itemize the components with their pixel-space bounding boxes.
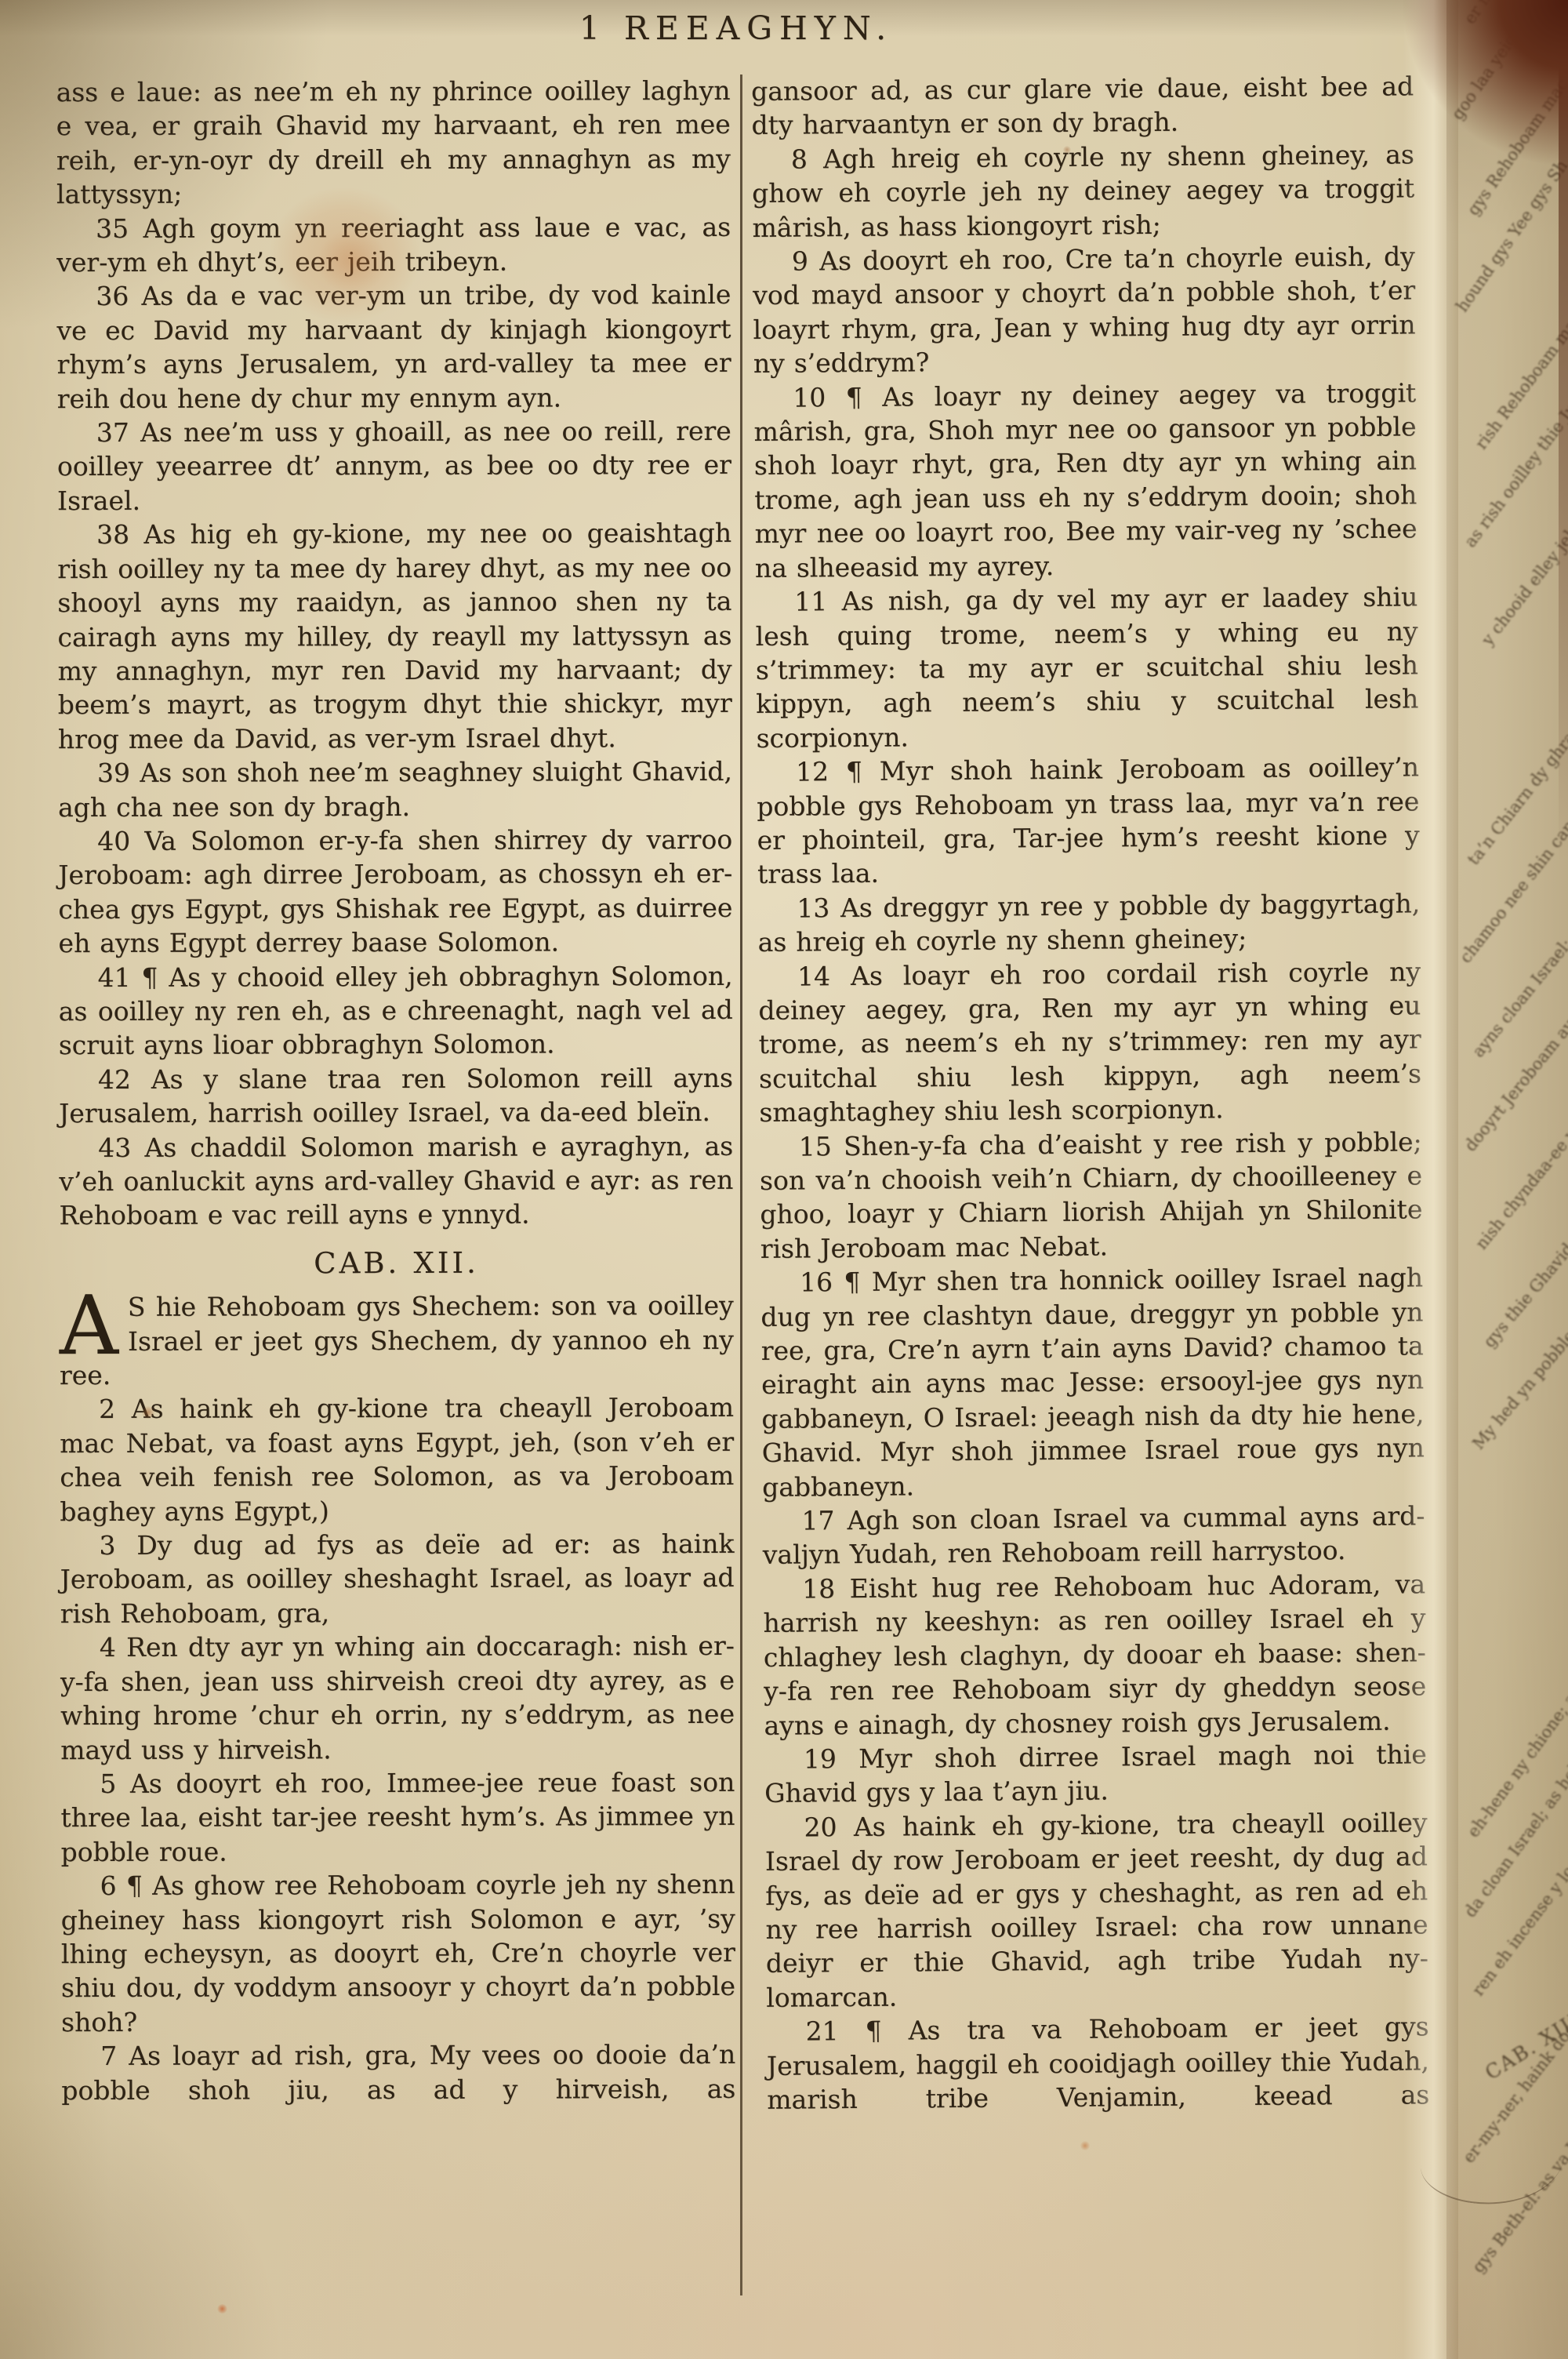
verse-paragraph: gansoor ad, as cur glare vie daue, eisht…	[751, 69, 1414, 142]
curled-page-text: hound gys Yee gys Sh	[1454, 158, 1568, 315]
chapter-opening-paragraph: AS hie Rehoboam gys Shechem: son va ooil…	[60, 1289, 734, 1392]
page-speck	[217, 2304, 227, 2314]
curled-page-text: eh-hene ny chione; as	[1465, 1684, 1568, 1841]
verse-paragraph: 40 Va Solomon er-y-fa shen shirrey dy va…	[58, 823, 732, 961]
page-title: 1 REEAGHYN.	[59, 9, 1414, 47]
column-left: ass e laue: as nee’m eh ny phrince ooill…	[56, 74, 736, 2107]
facing-page-curl: er n’yannoo ayns goo laa yeig jeh’n hogh…	[1446, 0, 1568, 2359]
verse-paragraph: 4 Ren dty ayr yn whing ain doccaragh: ni…	[60, 1629, 735, 1767]
column-divider-rule	[740, 75, 742, 2295]
verse-paragraph: 10 ¶ As loayr ny deiney aegey va troggit…	[753, 376, 1417, 585]
verse-paragraph: ass e laue: as nee’m eh ny phrince ooill…	[56, 74, 731, 212]
verse-paragraph: 2 As haink eh gy-kione tra cheayll Jerob…	[60, 1390, 734, 1528]
book-cover-corner	[1403, 0, 1568, 165]
verse-paragraph: 21 ¶ As tra va Rehoboam er jeet gys Jeru…	[766, 2009, 1429, 2117]
verse-paragraph: 6 ¶ As ghow ree Rehoboam coyrle jeh ny s…	[61, 1867, 736, 2039]
verse-paragraph: 38 As hig eh gy-kione, my nee oo geaisht…	[57, 516, 732, 756]
book-page-photo: 1 REEAGHYN. ass e laue: as nee’m eh ny p…	[0, 0, 1568, 2359]
verse-paragraph: 7 As loayr ad rish, gra, My vees oo dooi…	[61, 2037, 735, 2107]
verse-paragraph: 41 ¶ As y chooid elley jeh obbraghyn Sol…	[59, 958, 733, 1062]
verse-paragraph: 36 As da e vac ver-ym un tribe, dy vod k…	[56, 278, 731, 416]
verse-paragraph: 9 As dooyrt eh roo, Cre ta’n choyrle eui…	[753, 239, 1416, 380]
verse-paragraph: 8 Agh hreig eh coyrle ny shenn gheiney, …	[752, 137, 1415, 245]
verse-paragraph: 16 ¶ Myr shen tra honnick ooilley Israel…	[760, 1261, 1425, 1504]
chapter-opening-text: S hie Rehoboam gys Shechem: son va ooill…	[60, 1290, 734, 1390]
verse-paragraph: 37 As nee’m uss y ghoaill, as nee oo rei…	[57, 414, 731, 518]
verse-paragraph: 17 Agh son cloan Israel va cummal ayns a…	[762, 1499, 1425, 1572]
curled-page-text: My hed yn pobble shoh seose	[1470, 1254, 1568, 1452]
verse-paragraph: 11 As nish, ga dy vel my ayr er laadey s…	[755, 580, 1419, 755]
page-speck	[1080, 2141, 1090, 2150]
verse-paragraph: 19 Myr shoh dirree Israel magh noi thie …	[764, 1737, 1428, 1810]
book-fore-edge: er n’yannoo ayns goo laa yeig jeh’n hogh…	[1403, 0, 1568, 2359]
verse-paragraph: 12 ¶ Myr shoh haink Jeroboam as ooilley’…	[757, 750, 1420, 891]
verse-paragraph: 42 As y slane traa ren Solomon reill ayn…	[59, 1061, 733, 1131]
verse-paragraph: 15 Shen-y-fa cha d’eaisht y ree rish y p…	[760, 1125, 1423, 1266]
verse-paragraph: 5 As dooyrt eh roo, Immee-jee reue foast…	[60, 1765, 735, 1869]
verse-paragraph: 18 Eisht hug ree Rehoboam huc Adoram, va…	[763, 1567, 1427, 1743]
chapter-heading: CAB. XII.	[60, 1245, 734, 1281]
verse-paragraph: 39 As son shoh nee’m seaghney sluight Gh…	[58, 754, 732, 824]
verse-paragraph: 35 Agh goym yn reeriaght ass laue e vac,…	[56, 210, 731, 280]
verse-paragraph: 13 As dreggyr yn ree y pobble dy baggyrt…	[757, 886, 1421, 959]
verse-paragraph: 14 As loayr eh roo cordail rish coyrle n…	[758, 954, 1422, 1130]
verse-paragraph: 3 Dy dug ad fys as deïe ad er: as haink …	[60, 1527, 734, 1630]
drop-cap-letter: A	[60, 1290, 128, 1358]
verse-paragraph: 20 As haink eh gy-kione, tra cheayll ooi…	[764, 1805, 1428, 2015]
verse-paragraph: 43 As chaddil Solomon marish e ayraghyn,…	[59, 1129, 733, 1232]
curled-page-text: gys thie Ghavid:	[1481, 1237, 1568, 1351]
column-right: gansoor ad, as cur glare vie daue, eisht…	[751, 69, 1429, 2117]
